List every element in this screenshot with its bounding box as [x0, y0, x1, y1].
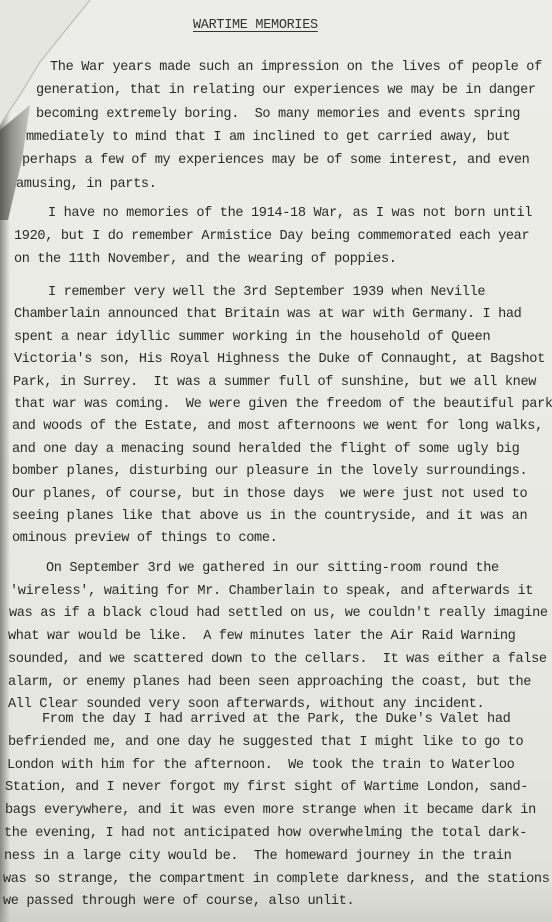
- text-line: Park, in Surrey. It was a summer full of…: [13, 375, 536, 390]
- text-line: Victoria's son, His Royal Highness the D…: [14, 352, 545, 367]
- text-line: On September 3rd we gathered in our sitt…: [46, 561, 499, 576]
- text-line: spent a near idyllic summer working in t…: [14, 330, 490, 345]
- text-line: 'wireless', waiting for Mr. Chamberlain …: [10, 584, 533, 599]
- text-line: perhaps a few of my experiences may be o…: [22, 153, 530, 168]
- text-line: mmediately to mind that I am inclined to…: [26, 130, 510, 145]
- text-line: generation, that in relating our experie…: [36, 83, 536, 98]
- text-line: sounded, and we scattered down to the ce…: [8, 652, 547, 667]
- text-line: The War years made such an impression on…: [50, 60, 542, 75]
- text-line: I have no memories of the 1914-18 War, a…: [48, 206, 532, 221]
- text-line: on the 11th November, and the wearing of…: [14, 252, 397, 267]
- text-line: and woods of the Estate, and most aftern…: [12, 419, 543, 434]
- text-line: seeing planes like that above us in the …: [12, 509, 527, 524]
- text-line: was so strange, the compartment in compl…: [3, 872, 550, 887]
- text-line: that war was coming. We were given the f…: [14, 397, 552, 412]
- text-line: I remember very well the 3rd September 1…: [48, 285, 485, 300]
- text-line: we passed through were of course, also u…: [3, 894, 354, 909]
- text-line: the evening, I had not anticipated how o…: [4, 826, 527, 841]
- text-line: London with him for the afternoon. We to…: [7, 758, 515, 773]
- text-line: amusing, in parts.: [16, 177, 157, 192]
- text-line: 1920, but I do remember Armistice Day be…: [14, 229, 529, 244]
- document-title: WARTIME MEMORIES: [193, 18, 318, 33]
- text-line: alarm, or enemy planes had been seen app…: [8, 675, 531, 690]
- text-line: Our planes, of course, but in those days…: [12, 487, 527, 502]
- text-line: bomber planes, disturbing our pleasure i…: [12, 464, 527, 479]
- text-line: From the day I had arrived at the Park, …: [42, 712, 510, 727]
- typewritten-page: WARTIME MEMORIES The War years made such…: [0, 0, 552, 922]
- page-edge-shadow: [0, 100, 10, 922]
- text-line: and one day a menacing sound heralded th…: [12, 442, 520, 457]
- text-line: what war would be like. A few minutes la…: [8, 629, 516, 644]
- text-line: becoming extremely boring. So many memor…: [36, 107, 520, 122]
- text-line: bags everywhere, and it was even more st…: [5, 803, 536, 818]
- text-line: befriended me, and one day he suggested …: [8, 735, 523, 750]
- text-line: Station, and I never forgot my first sig…: [5, 780, 528, 795]
- text-line: ominous preview of things to come.: [12, 531, 277, 546]
- text-line: ness in a large city would be. The homew…: [4, 849, 512, 864]
- text-line: was as if a black cloud had settled on u…: [9, 606, 548, 621]
- text-line: Chamberlain announced that Britain was a…: [14, 307, 522, 322]
- text-line: All Clear sounded very soon afterwards, …: [8, 697, 484, 712]
